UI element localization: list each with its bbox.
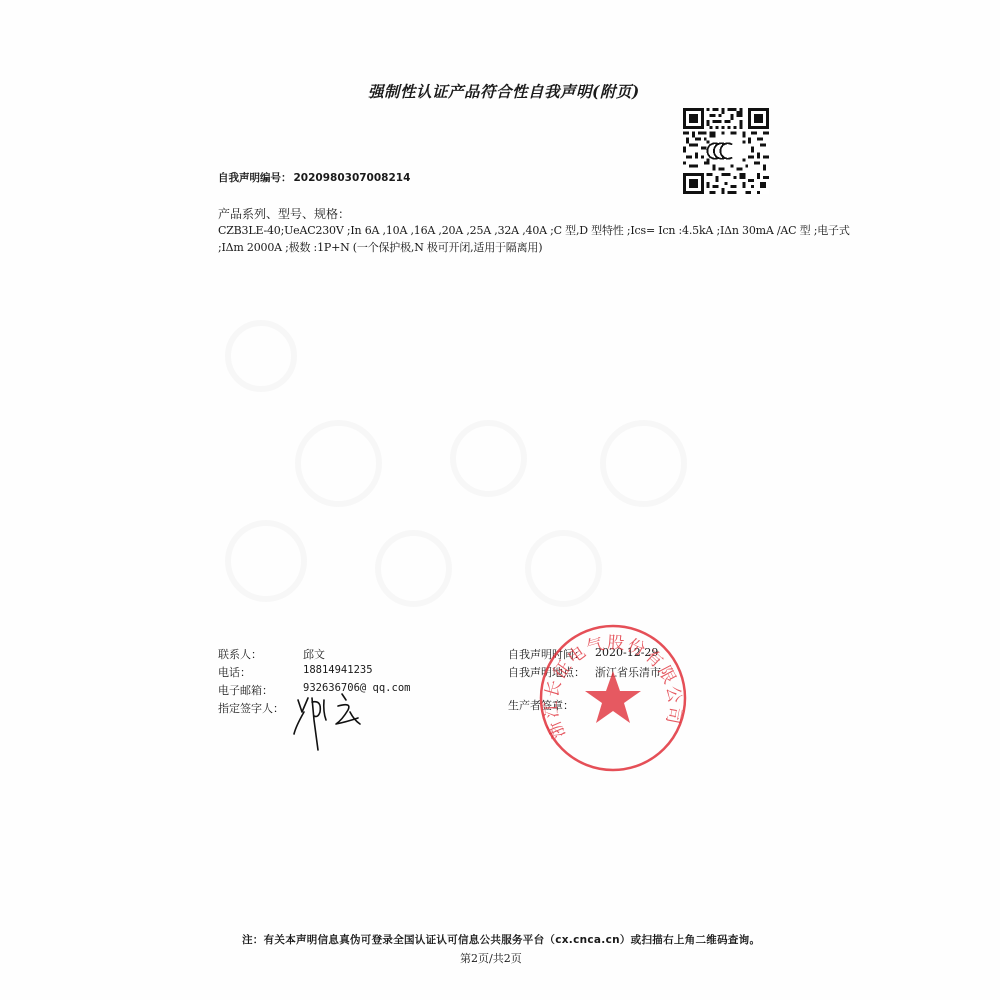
contact-person-value: 邱文 <box>303 646 325 662</box>
phone-value: 18814941235 <box>303 664 373 676</box>
watermark-decoration <box>525 530 602 607</box>
watermark-decoration <box>600 420 687 507</box>
phone-label: 电话： <box>218 664 251 680</box>
watermark-decoration <box>295 420 382 507</box>
declaration-place-label: 自我声明地点： <box>508 664 585 680</box>
spec-label: 产品系列、型号、规格： <box>218 205 350 222</box>
spec-line-2: ;IΔm 2000A ;极数 :1P+N (一个保护极,N 极可开闭,适用于隔离… <box>218 239 542 255</box>
document-title: 强制性认证产品符合性自我声明(附页) <box>368 80 640 102</box>
qr-code-icon[interactable] <box>683 106 769 196</box>
watermark-decoration <box>225 320 297 392</box>
document-page: 强制性认证产品符合性自我声明(附页) 自我声明编号：20209803070082… <box>0 0 1000 1000</box>
declaration-place-value: 浙江省乐清市 <box>595 664 661 680</box>
declaration-time-value: 2020-12-29 <box>595 646 658 659</box>
page-number: 第2页/共2页 <box>460 950 522 966</box>
email-label: 电子邮箱： <box>218 682 273 698</box>
signer-label: 指定签字人： <box>218 700 284 716</box>
footer-note: 注：有关本声明信息真伪可登录全国认证认可信息公共服务平台（cx.cnca.cn）… <box>242 932 760 947</box>
producer-seal-label: 生产者签章： <box>508 697 574 713</box>
watermark-decoration <box>225 520 307 602</box>
contact-person-label: 联系人： <box>218 646 262 662</box>
spec-line-1: CZB3LE-40;UeAC230V ;In 6A ,10A ,16A ,20A… <box>218 222 850 238</box>
watermark-decoration <box>450 420 527 497</box>
declaration-number-label: 自我声明编号： <box>218 172 292 184</box>
declaration-number-value: 2020980307008214 <box>294 172 411 184</box>
declaration-time-label: 自我声明时间： <box>508 646 585 662</box>
signature-image <box>290 690 370 752</box>
watermark-decoration <box>375 530 452 607</box>
declaration-number: 自我声明编号：2020980307008214 <box>218 170 410 185</box>
